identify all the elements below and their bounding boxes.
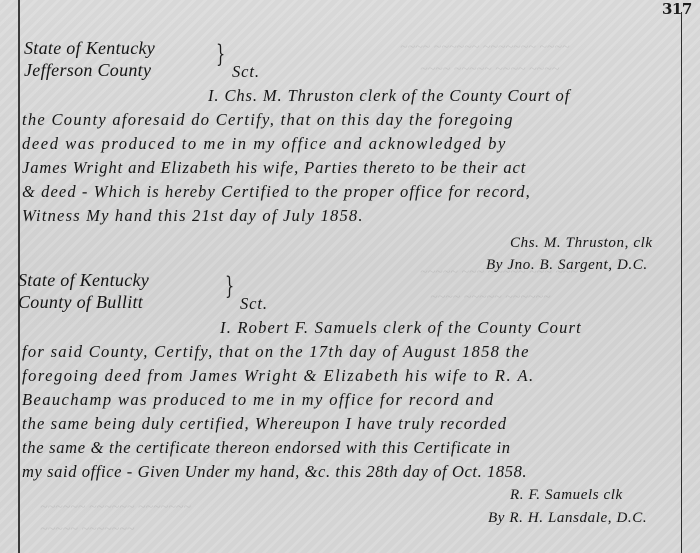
signature-deputy: By R. H. Lansdale, D.C.	[488, 510, 647, 527]
signature-clerk: Chs. M. Thruston, clk	[510, 235, 653, 252]
set-label: Sct.	[240, 294, 268, 314]
heading-county: Jefferson County	[24, 60, 151, 81]
body-line: Witness My hand this 21st day of July 18…	[22, 206, 364, 226]
signature-deputy: By Jno. B. Sargent, D.C.	[486, 257, 648, 274]
body-line: Beauchamp was produced to me in my offic…	[22, 390, 495, 410]
body-line: James Wright and Elizabeth his wife, Par…	[22, 158, 526, 178]
body-line: & deed - Which is hereby Certified to th…	[22, 182, 531, 202]
signature-clerk: R. F. Samuels clk	[510, 487, 623, 504]
body-line: the same & the certificate thereon endor…	[22, 438, 511, 458]
body-line: the County aforesaid do Certify, that on…	[22, 110, 514, 130]
bleed-through-text: ~~~~~ ~~~~~~~	[40, 522, 134, 538]
body-line: I. Chs. M. Thruston clerk of the County …	[208, 86, 570, 106]
body-line: I. Robert F. Samuels clerk of the County…	[220, 318, 582, 338]
right-margin-rule	[681, 12, 682, 553]
body-line: foregoing deed from James Wright & Eliza…	[22, 366, 535, 386]
body-line: for said County, Certify, that on the 17…	[22, 342, 530, 362]
body-line: deed was produced to me in my office and…	[22, 134, 507, 154]
heading-county: County of Bullitt	[18, 292, 143, 313]
ledger-page: 317 ~~~~ ~~~~~~ ~~~~~~~ ~~~~ ~~~~ ~~~~~ …	[0, 0, 700, 553]
body-line: my said office - Given Under my hand, &c…	[22, 462, 527, 482]
heading-state: State of Kentucky	[18, 270, 149, 291]
bleed-through-text: ~~~~ ~~~~~ ~~~~ ~~~~	[420, 62, 559, 78]
bleed-through-text: ~~~~~~ ~~~~~~ ~~~~~~~	[40, 500, 191, 516]
brace-icon: }	[225, 272, 234, 300]
bleed-through-text: ~~~~ ~~~~~~ ~~~~~~~ ~~~~	[400, 40, 570, 56]
brace-icon: }	[216, 40, 225, 68]
set-label: Sct.	[232, 62, 260, 82]
bleed-through-text: ~~~~ ~~~~~ ~~~~~~	[430, 290, 551, 306]
heading-state: State of Kentucky	[24, 38, 155, 59]
page-number: 317	[662, 0, 692, 18]
body-line: the same being duly certified, Whereupon…	[22, 414, 507, 434]
